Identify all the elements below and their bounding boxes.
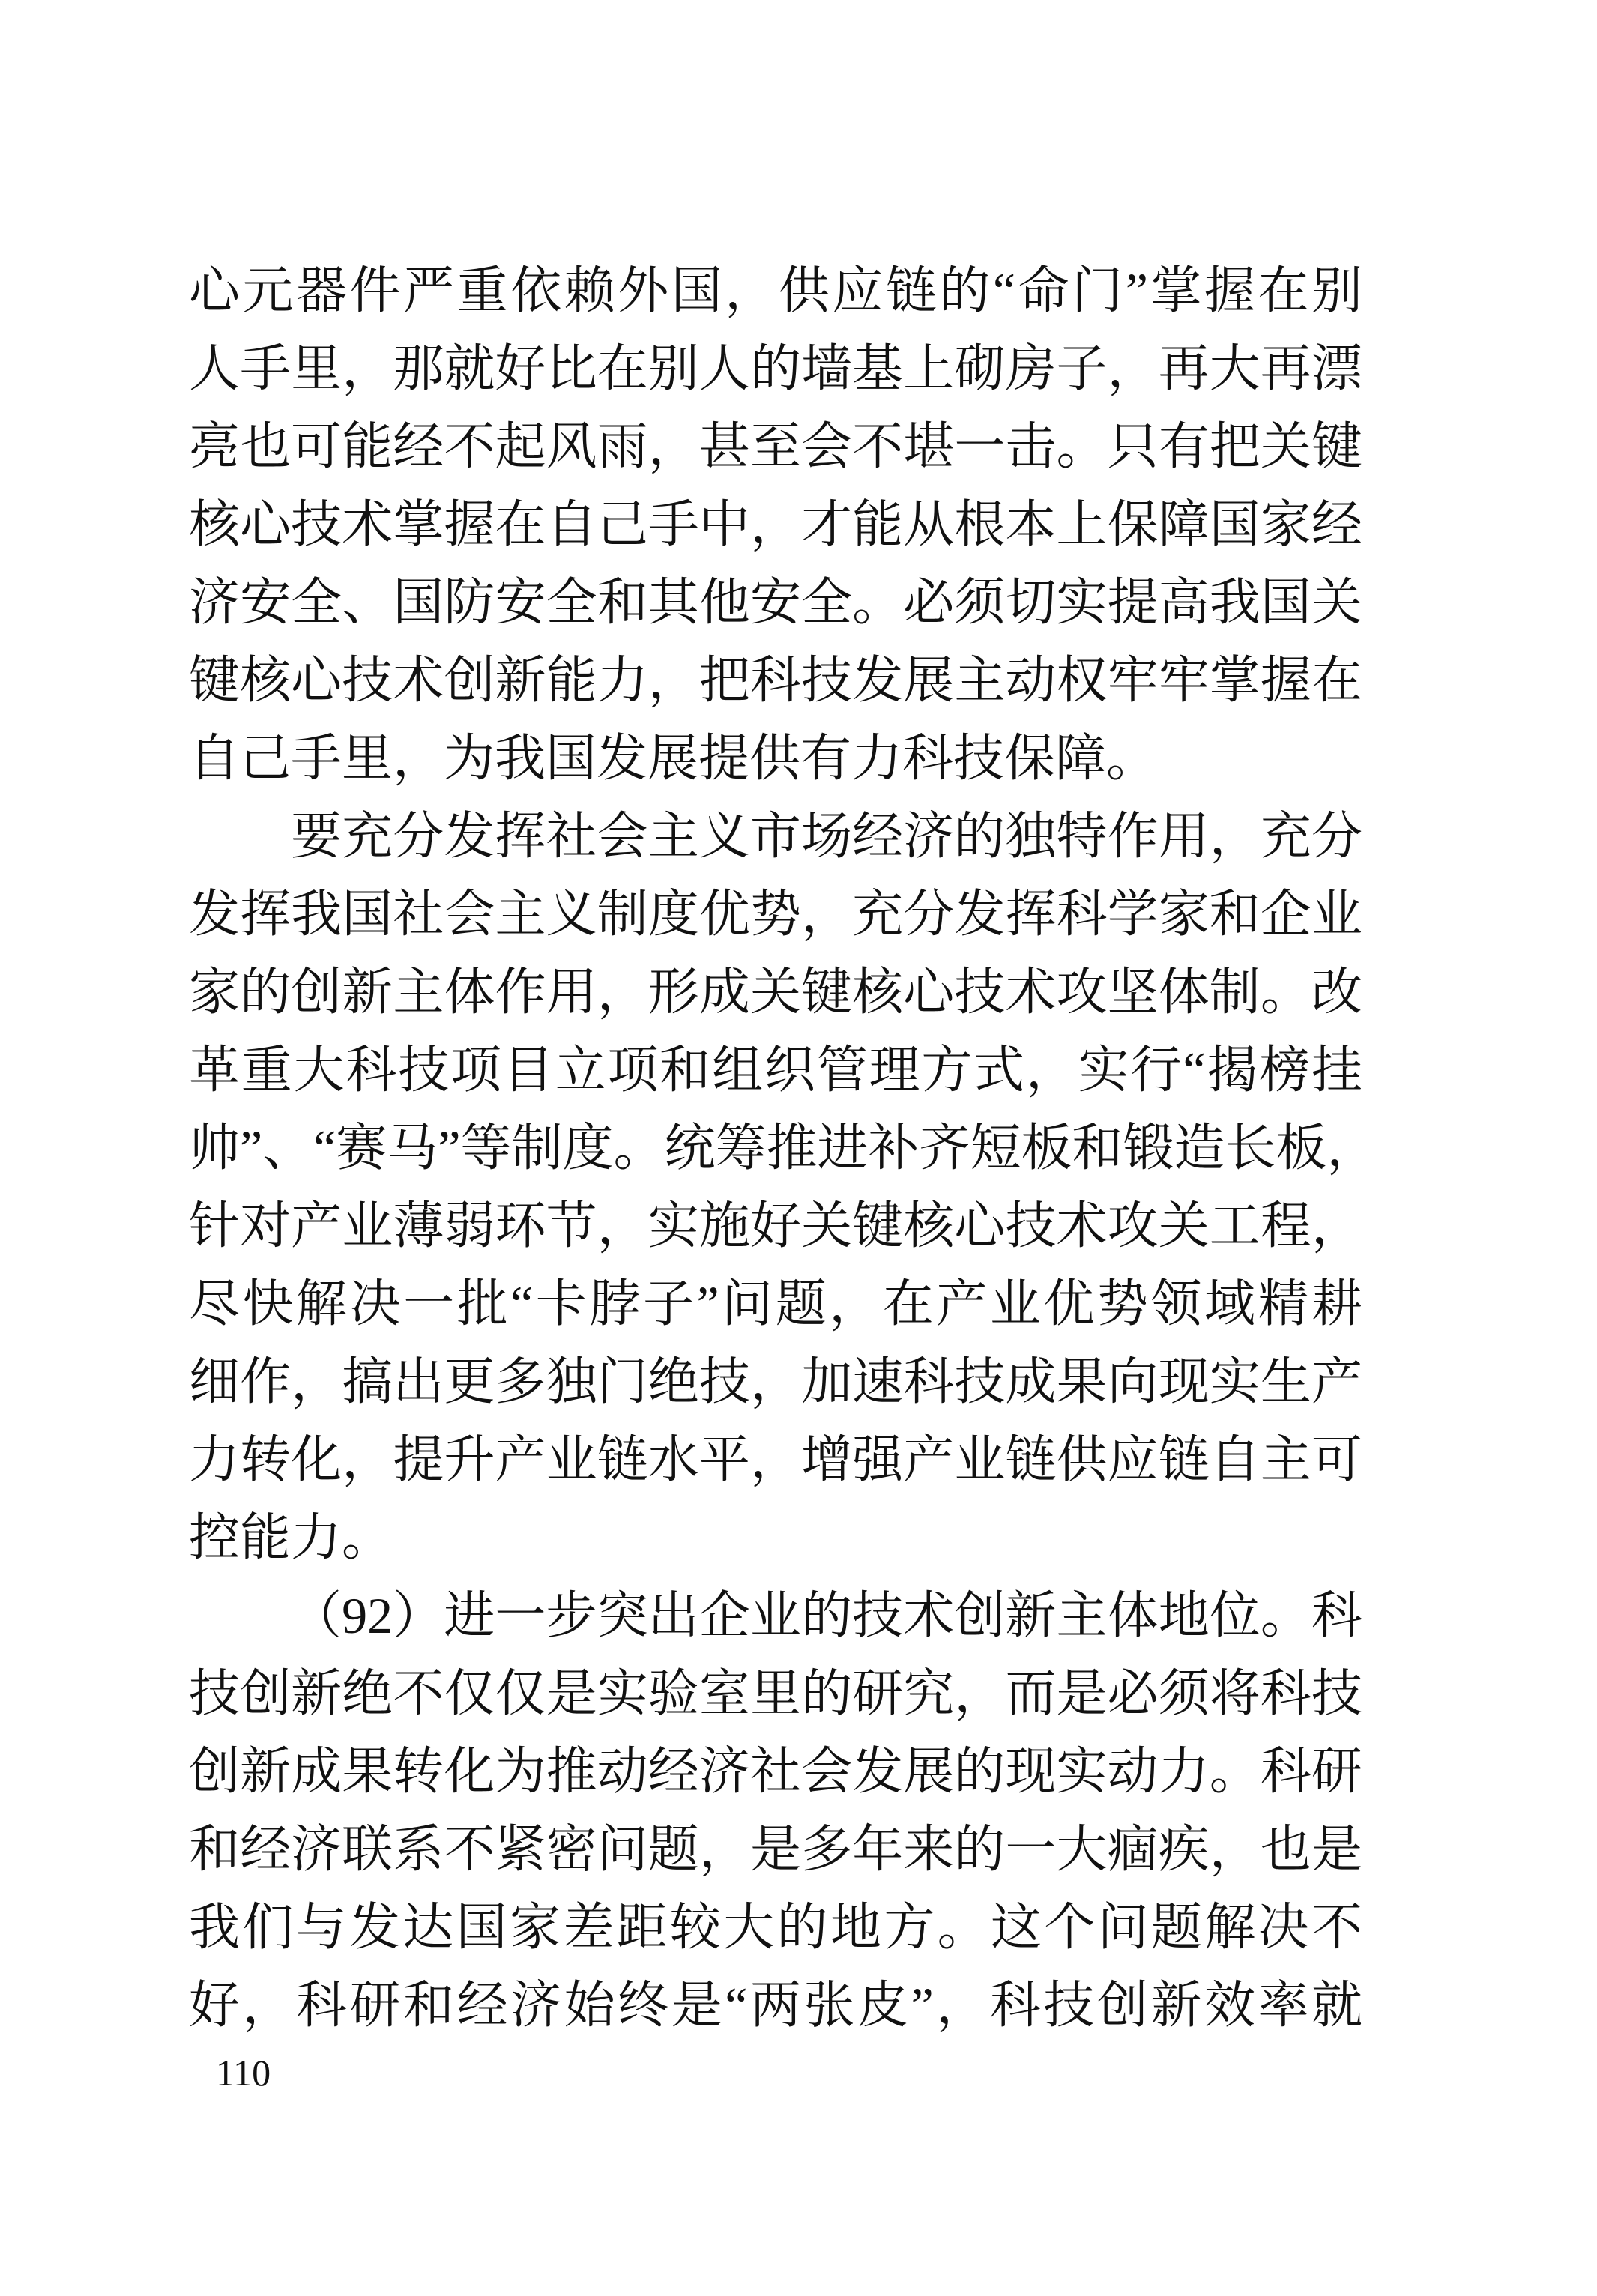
text-line: 我们与发达国家差距较大的地方。这个问题解决不 [189, 1888, 1362, 1966]
text-line: 核心技术掌握在自己手中，才能从根本上保障国家经 [189, 486, 1362, 564]
text-line: 发挥我国社会主义制度优势，充分发挥科学家和企业 [189, 875, 1362, 953]
text-line: 人手里，那就好比在别人的墙基上砌房子，再大再漂 [189, 330, 1362, 408]
text-line: 要充分发挥社会主义市场经济的独特作用，充分 [189, 797, 1362, 875]
paragraph: 要充分发挥社会主义市场经济的独特作用，充分发挥我国社会主义制度优势，充分发挥科学… [189, 797, 1362, 1577]
text-line: 心元器件严重依赖外国，供应链的“命门”掌握在别 [189, 252, 1362, 330]
text-line: 自己手里，为我国发展提供有力科技保障。 [189, 719, 1362, 797]
text-line: 针对产业薄弱环节，实施好关键核心技术攻关工程， [189, 1187, 1362, 1265]
text-line: 帅”、“赛马”等制度。统筹推进补齐短板和锻造长板， [189, 1109, 1362, 1187]
text-line: 亮也可能经不起风雨，甚至会不堪一击。只有把关键 [189, 408, 1362, 486]
text-line: 好，科研和经济始终是“两张皮”，科技创新效率就 [189, 1966, 1362, 2044]
page-number: 110 [216, 2050, 271, 2095]
text-line: 济安全、国防安全和其他安全。必须切实提高我国关 [189, 564, 1362, 641]
text-line: 尽快解决一批“卡脖子”问题，在产业优势领域精耕 [189, 1265, 1362, 1343]
book-page: 心元器件严重依赖外国，供应链的“命门”掌握在别人手里，那就好比在别人的墙基上砌房… [0, 0, 1597, 2296]
text-line: 革重大科技项目立项和组织管理方式，实行“揭榜挂 [189, 1031, 1362, 1109]
paragraph: 心元器件严重依赖外国，供应链的“命门”掌握在别人手里，那就好比在别人的墙基上砌房… [189, 252, 1362, 797]
text-line: 细作，搞出更多独门绝技，加速科技成果向现实生产 [189, 1343, 1362, 1421]
text-line: 家的创新主体作用，形成关键核心技术攻坚体制。改 [189, 953, 1362, 1031]
text-line: 创新成果转化为推动经济社会发展的现实动力。科研 [189, 1732, 1362, 1810]
text-line: 力转化，提升产业链水平，增强产业链供应链自主可 [189, 1421, 1362, 1499]
text-line: 控能力。 [189, 1499, 1362, 1577]
text-line: 技创新绝不仅仅是实验室里的研究，而是必须将科技 [189, 1655, 1362, 1732]
paragraph: （92）进一步突出企业的技术创新主体地位。科技创新绝不仅仅是实验室里的研究，而是… [189, 1577, 1362, 2044]
text-block: 心元器件严重依赖外国，供应链的“命门”掌握在别人手里，那就好比在别人的墙基上砌房… [189, 252, 1362, 2044]
text-line: 和经济联系不紧密问题，是多年来的一大痼疾，也是 [189, 1810, 1362, 1888]
text-line: （92）进一步突出企业的技术创新主体地位。科 [189, 1577, 1362, 1655]
text-line: 键核心技术创新能力，把科技发展主动权牢牢掌握在 [189, 641, 1362, 719]
